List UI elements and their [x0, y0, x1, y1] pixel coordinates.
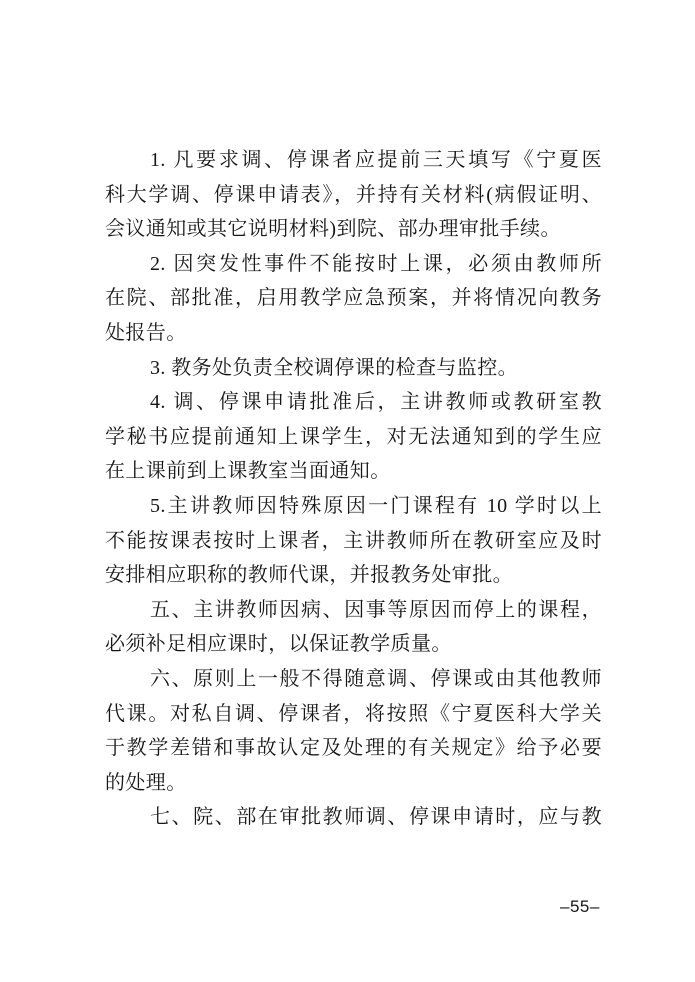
text-line: 会议通知或其它说明材料)到院、部办理审批手续。: [105, 212, 602, 247]
text-line: 安排相应职称的教师代课，并报教务处审批。: [105, 558, 602, 593]
page-number: –55–: [560, 897, 620, 917]
text-line: 5.主讲教师因特殊原因一门课程有 10 学时以上: [105, 489, 602, 524]
text-line: 五、主讲教师因病、因事等原因而停上的课程，: [105, 593, 602, 628]
text-line: 2. 因突发性事件不能按时上课，必须由教师所: [105, 247, 602, 282]
text-line: 4. 调、停课申请批准后，主讲教师或教研室教: [105, 385, 602, 420]
text-line: 七、院、部在审批教师调、停课申请时，应与教: [105, 800, 602, 835]
body-text: 1. 凡要求调、停课者应提前三天填写《宁夏医科大学调、停课申请表》，并持有关材料…: [105, 143, 602, 835]
text-line: 必须补足相应课时，以保证教学质量。: [105, 627, 602, 662]
text-line: 代课。对私自调、停课者，将按照《宁夏医科大学关: [105, 697, 602, 732]
text-line: 不能按课表按时上课者，主讲教师所在教研室应及时: [105, 524, 602, 559]
text-line: 六、原则上一般不得随意调、停课或由其他教师: [105, 662, 602, 697]
text-line: 处报告。: [105, 316, 602, 351]
text-line: 于教学差错和事故认定及处理的有关规定》给予必要: [105, 731, 602, 766]
text-line: 的处理。: [105, 766, 602, 801]
text-line: 在院、部批准，启用教学应急预案，并将情况向教务: [105, 281, 602, 316]
document-page: 1. 凡要求调、停课者应提前三天填写《宁夏医科大学调、停课申请表》，并持有关材料…: [0, 0, 695, 982]
text-line: 3. 教务处负责全校调停课的检查与监控。: [105, 351, 602, 386]
text-line: 科大学调、停课申请表》，并持有关材料(病假证明、: [105, 178, 602, 213]
text-line: 1. 凡要求调、停课者应提前三天填写《宁夏医: [105, 143, 602, 178]
text-line: 学秘书应提前通知上课学生，对无法通知到的学生应: [105, 420, 602, 455]
text-line: 在上课前到上课教室当面通知。: [105, 454, 602, 489]
